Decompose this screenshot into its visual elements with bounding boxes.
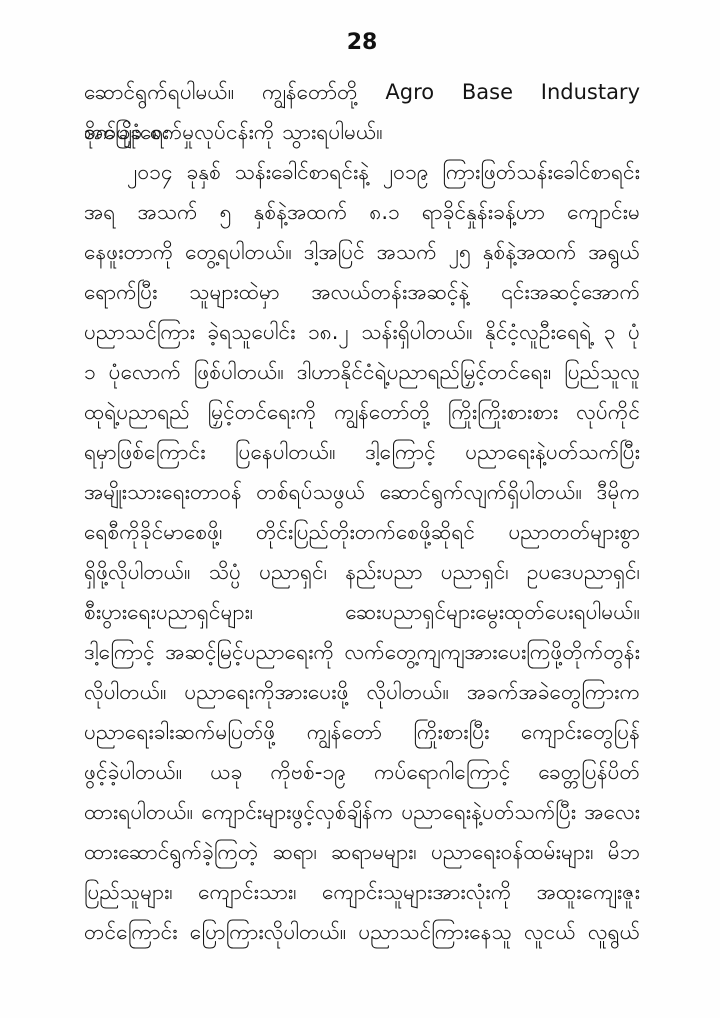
text-line: နေဖူးတာကို တွေ့ရပါတယ်။ ဒါ့အပြင် အသက် ၂၅ …: [84, 232, 640, 272]
document-body: ဆောင်ရွက်ရပါမယ်။ ကျွန်တော်တို့ Agro Base…: [84, 72, 640, 952]
paragraph-2: ၂၀၁၄ ခုနှစ် သန်းခေါင်စာရင်းနဲ့ ၂၀၁၉ ကြား…: [84, 152, 640, 952]
text-line: ရေစီကိုခိုင်မာစေဖို့၊ တိုင်းပြည်တိုးတက်စ…: [84, 512, 640, 552]
text-line: စီးပွားရေးပညာရှင်များ၊ ဆေးပညာရှင်များမွေ…: [84, 592, 640, 632]
text-line: ဒါ့ကြောင့် အဆင့်မြင့်ပညာရေးကို လက်တွေ့ကျ…: [84, 632, 640, 672]
text-line: ပညာရေးခါးဆက်မပြတ်ဖို့ ကျွန်တော် ကြိုးစား…: [84, 712, 640, 752]
text-line: ၂၀၁၄ ခုနှစ် သန်းခေါင်စာရင်းနဲ့ ၂၀၁၉ ကြား…: [84, 152, 640, 192]
text-line: တင်ကြောင်း ပြောကြားလိုပါတယ်။ ပညာသင်ကြားန…: [84, 912, 640, 952]
document-page: 28 ဆောင်ရွက်ရပါမယ်။ ကျွန်တော်တို့ Agro B…: [0, 0, 720, 1018]
text-line: ရောက်ပြီး သူများထဲမှာ အလယ်တန်းအဆင့်နဲ့ ၎…: [84, 272, 640, 312]
text-line: အရ အသက် ၅ နှစ်နဲ့အထက် ၈.၁ ရာခိုင်နှုန်းခ…: [84, 192, 640, 232]
text-line: အမျိုးသားရေးတာဝန် တစ်ရပ်သဖွယ် ဆောင်ရွက်လ…: [84, 472, 640, 512]
text-line: ထားဆောင်ရွက်ခဲ့ကြတဲ့ ဆရာ၊ ဆရာမများ၊ ပညာရ…: [84, 832, 640, 872]
page-number: 28: [84, 30, 640, 55]
text-line: ပညာသင်ကြား ခဲ့ရသူပေါင်း ၁၈.၂ သန်းရှိပါတယ…: [84, 312, 640, 352]
text-line: ရမှာဖြစ်ကြောင်း ပြနေပါတယ်။ ဒါ့ကြောင့် ပည…: [84, 432, 640, 472]
text-line: ဆောင်ရွက်ရပါမယ်။ ကျွန်တော်တို့ Agro Base…: [84, 72, 640, 112]
paragraph-1: ဆောင်ရွက်ရပါမယ်။ ကျွန်တော်တို့ Agro Base…: [84, 72, 640, 152]
text-line: ထုရဲ့ပညာရည် မြှင့်တင်ရေးကို ကျွန်တော်တို…: [84, 392, 640, 432]
text-line: ရှိဖို့လိုပါတယ်။ သိပ္ပံ ပညာရှင်၊ နည်းပညာ…: [84, 552, 640, 592]
text-line: ဖွင့်ခဲ့ပါတယ်။ ယခု ကိုဗစ်-၁၉ ကပ်ရောဂါကြေ…: [84, 752, 640, 792]
text-line: ပြည်သူများ၊ ကျောင်းသား၊ ကျောင်းသူများအား…: [84, 872, 640, 912]
text-line: အခြေခံ စက်မှုလုပ်ငန်းကို သွားရပါမယ်။: [84, 112, 640, 152]
text-line: လိုပါတယ်။ ပညာရေးကိုအားပေးဖို့ လိုပါတယ်။ …: [84, 672, 640, 712]
text-line: ၁ ပုံလောက် ဖြစ်ပါတယ်။ ဒါဟာနိုင်ငံရဲ့ပညာရ…: [84, 352, 640, 392]
text-line: ထားရပါတယ်။ ကျောင်းများဖွင့်လှစ်ချိန်က ပည…: [84, 792, 640, 832]
